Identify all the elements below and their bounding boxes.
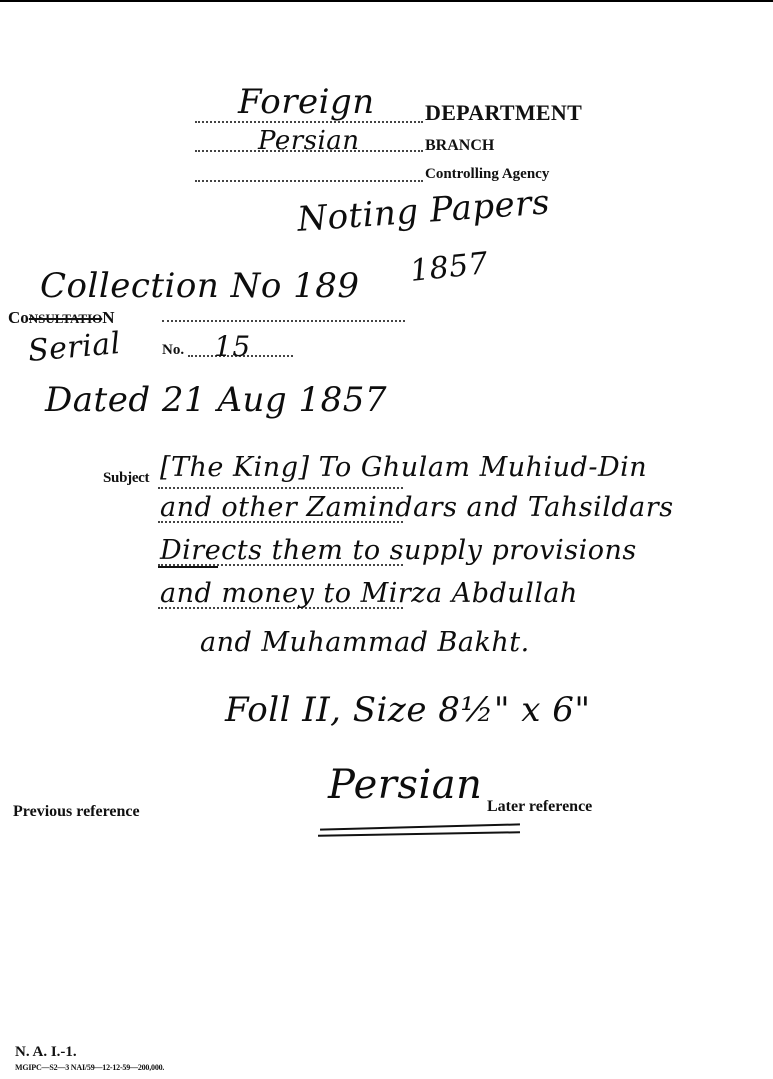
subject-line-3: Directs them to supply provisions: [160, 535, 637, 566]
subject-line-1: [The King] To Ghulam Muhiud-Din: [160, 452, 647, 483]
serial-prefix-handwritten: Serial: [27, 326, 122, 369]
subject-line-5: and Muhammad Bakht.: [200, 627, 530, 658]
language-double-underline-2: [318, 831, 520, 837]
controlling-agency-label: Controlling Agency: [425, 166, 549, 183]
number-label: No.: [162, 342, 184, 359]
language-handwritten: Persian: [328, 762, 482, 808]
consultation-struck-text: NSULTATIO: [29, 311, 102, 326]
collection-number-handwritten: Collection No 189: [40, 266, 360, 306]
dated-handwritten: Dated 21 Aug 1857: [45, 380, 387, 420]
later-reference-label: Later reference: [487, 798, 592, 816]
language-double-underline-1: [320, 823, 520, 830]
subject-dotted-line-1: [158, 487, 403, 489]
form-code: N. A. I.-1.: [15, 1044, 77, 1061]
subject-line-2: and other Zamindars and Tahsildars: [160, 492, 674, 523]
branch-handwritten: Persian: [258, 126, 360, 156]
consultation-suffix: N: [102, 308, 114, 327]
subject-line-4: and money to Mirza Abdullah: [160, 578, 578, 609]
department-handwritten: Foreign: [238, 82, 375, 122]
consultation-dotted-line: [162, 320, 405, 322]
folio-size-handwritten: Foll II, Size 8½" x 6": [225, 690, 591, 730]
top-border-rule: [0, 0, 773, 2]
noting-papers-title: Noting Papers: [296, 182, 551, 240]
department-label: DEPARTMENT: [425, 100, 582, 126]
previous-reference-label: Previous reference: [13, 803, 140, 821]
printer-line: MGIPC—S2—3 NAI/59—12-12-59—200,000.: [15, 1063, 164, 1072]
subject-label: Subject: [103, 470, 149, 487]
consultation-prefix: Co: [8, 308, 29, 327]
branch-label: BRANCH: [425, 137, 494, 155]
agency-dotted-line: [195, 180, 423, 182]
consultation-label: CoNSULTATION: [8, 308, 115, 328]
subject-line-3-underline: [158, 566, 218, 568]
serial-number-handwritten: 15: [214, 330, 251, 363]
noting-papers-year: 1857: [408, 246, 490, 289]
